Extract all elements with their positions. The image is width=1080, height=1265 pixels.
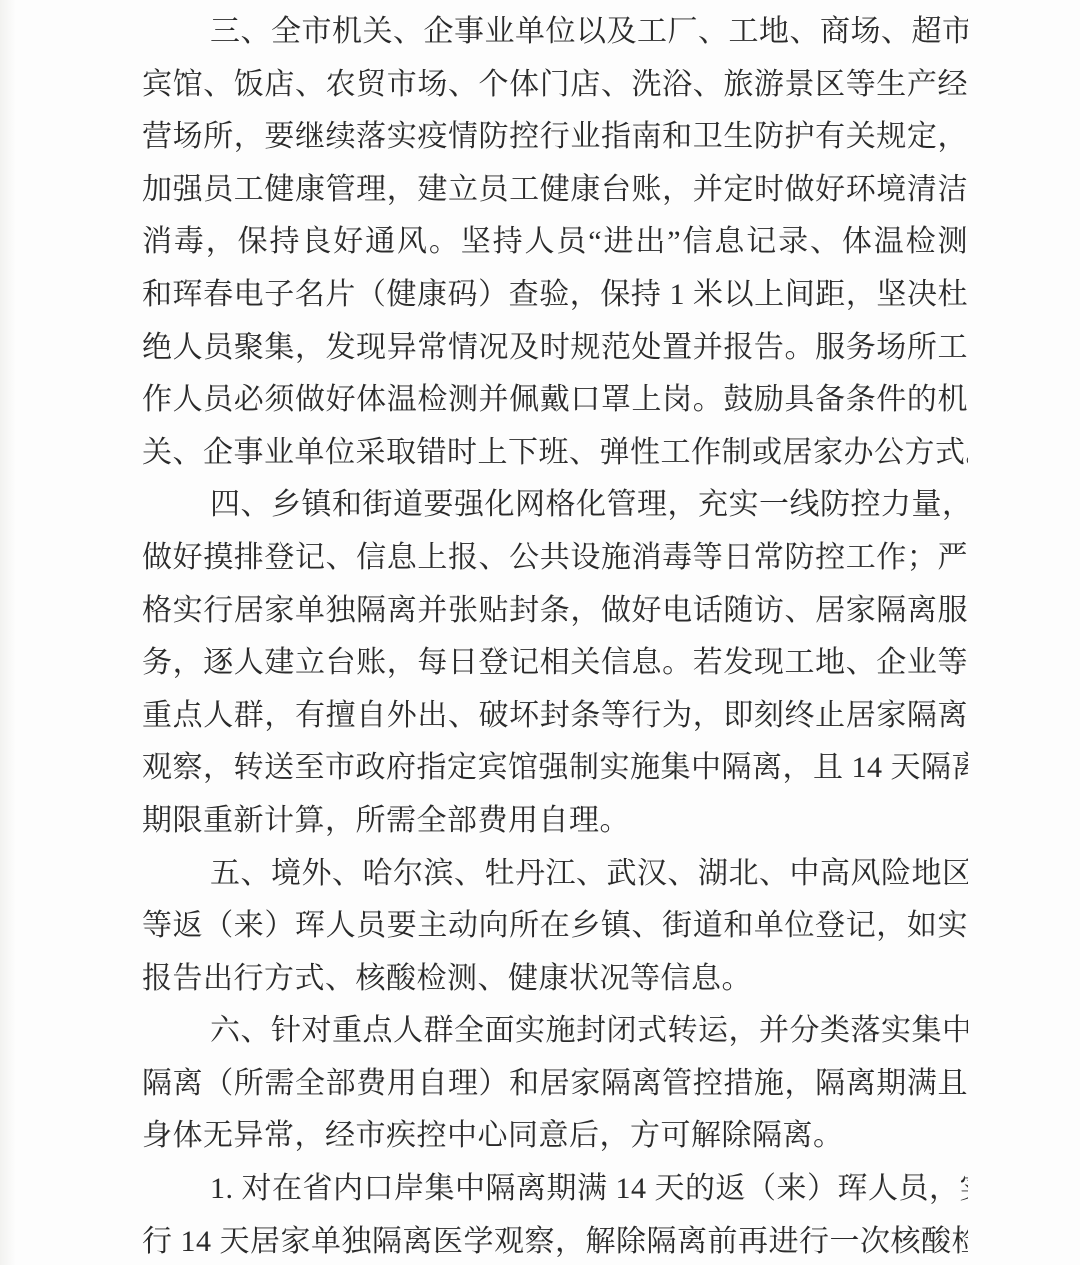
document-line: 行 14 天居家单独隔离医学观察，解除隔离前再进行一次核酸检	[142, 1216, 968, 1265]
document-line: 身体无异常，经市疾控中心同意后，方可解除隔离。	[142, 1110, 968, 1163]
document-line: 等返（来）珲人员要主动向所在乡镇、街道和单位登记，如实	[142, 900, 968, 953]
document-line: 四、乡镇和街道要强化网格化管理，充实一线防控力量，	[142, 479, 968, 532]
document-line: 五、境外、哈尔滨、牡丹江、武汉、湖北、中高风险地区	[142, 848, 968, 901]
document-line: 格实行居家单独隔离并张贴封条，做好电话随访、居家隔离服	[142, 585, 968, 638]
document-line: 1. 对在省内口岸集中隔离期满 14 天的返（来）珲人员，实	[142, 1163, 968, 1216]
document-line: 关、企事业单位采取错时上下班、弹性工作制或居家办公方式。	[142, 427, 968, 480]
document-line: 宾馆、饭店、农贸市场、个体门店、洗浴、旅游景区等生产经	[142, 59, 968, 112]
document-line: 六、针对重点人群全面实施封闭式转运，并分类落实集中	[142, 1005, 968, 1058]
document-line: 隔离（所需全部费用自理）和居家隔离管控措施，隔离期满且	[142, 1058, 968, 1111]
document-line: 绝人员聚集，发现异常情况及时规范处置并报告。服务场所工	[142, 322, 968, 375]
document-line: 作人员必须做好体温检测并佩戴口罩上岗。鼓励具备条件的机	[142, 374, 968, 427]
document-line: 报告出行方式、核酸检测、健康状况等信息。	[142, 953, 968, 1006]
document-line: 期限重新计算，所需全部费用自理。	[142, 795, 968, 848]
document-line: 加强员工健康管理，建立员工健康台账，并定时做好环境清洁	[142, 164, 968, 217]
document-body: 三、全市机关、企事业单位以及工厂、工地、商场、超市、 宾馆、饭店、农贸市场、个体…	[142, 6, 968, 1265]
document-line: 和珲春电子名片（健康码）查验，保持 1 米以上间距，坚决杜	[142, 269, 968, 322]
document-line: 营场所，要继续落实疫情防控行业指南和卫生防护有关规定，	[142, 111, 968, 164]
document-line: 做好摸排登记、信息上报、公共设施消毒等日常防控工作；严	[142, 532, 968, 585]
document-line: 重点人群，有擅自外出、破坏封条等行为，即刻终止居家隔离	[142, 690, 968, 743]
document-line: 观察，转送至市政府指定宾馆强制实施集中隔离，且 14 天隔离	[142, 742, 968, 795]
document-page-scan: 三、全市机关、企事业单位以及工厂、工地、商场、超市、 宾馆、饭店、农贸市场、个体…	[0, 0, 1080, 1265]
document-line: 三、全市机关、企事业单位以及工厂、工地、商场、超市、	[142, 6, 968, 59]
document-line: 务，逐人建立台账，每日登记相关信息。若发现工地、企业等	[142, 637, 968, 690]
document-line: 消毒，保持良好通风。坚持人员“进出”信息记录、体温检测	[142, 216, 968, 269]
